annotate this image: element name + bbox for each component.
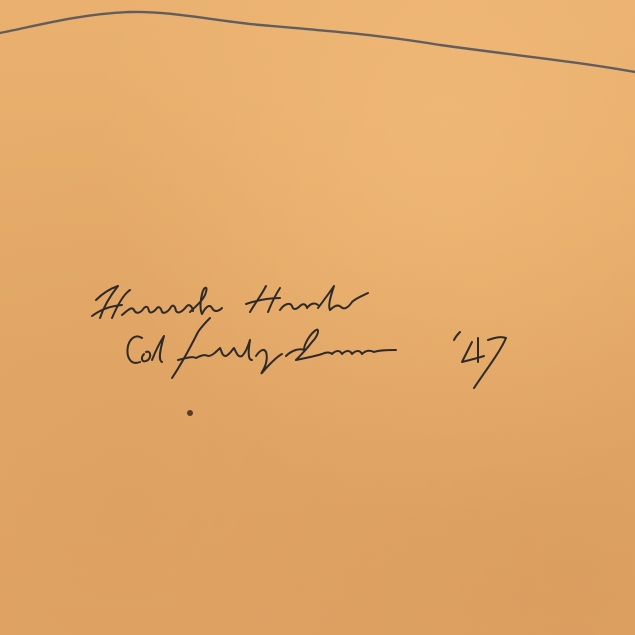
pencil-curve-line — [0, 12, 635, 72]
ink-and-pencil-marks — [0, 0, 635, 635]
ink-dot — [187, 410, 193, 416]
